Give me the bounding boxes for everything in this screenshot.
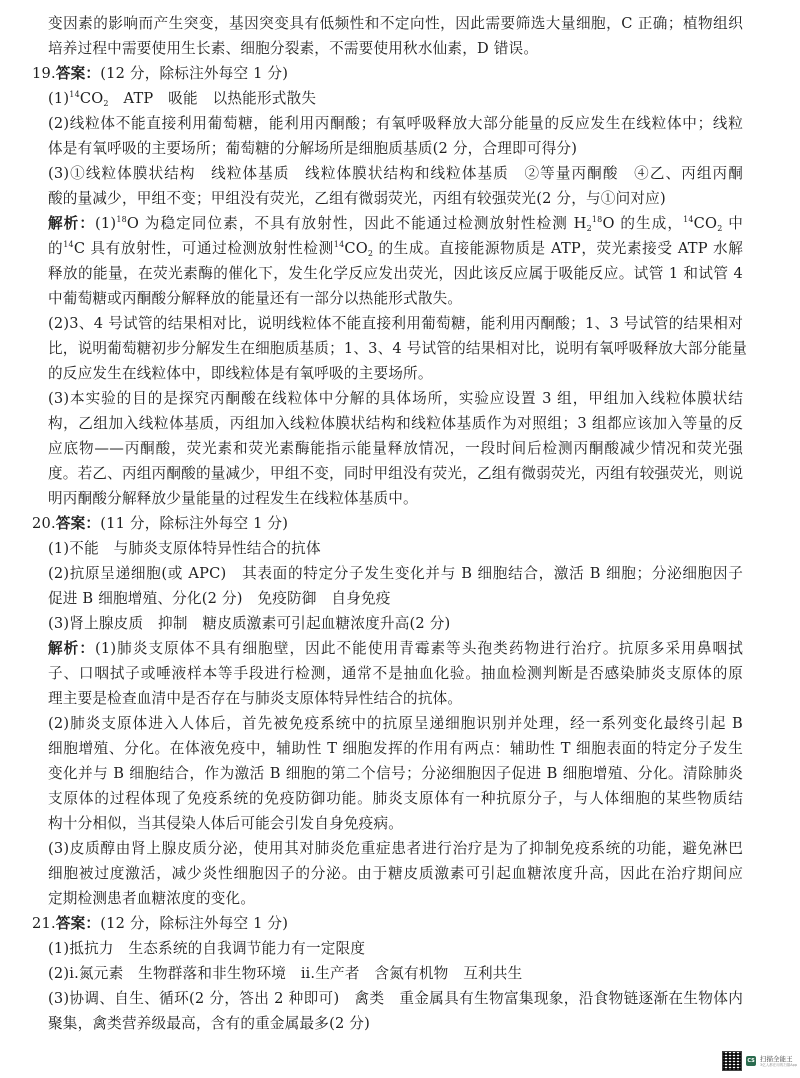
text: 的 <box>48 240 63 257</box>
text: CO <box>694 215 718 232</box>
question-number: 21. <box>32 915 56 932</box>
score-note: (11 分，除标注外每空 1 分) <box>100 515 288 532</box>
superscript: 14 <box>334 240 345 249</box>
text: 的生成。直接能源物质是 ATP，荧光素接受 ATP 水解 <box>373 240 743 257</box>
score-note: (12 分，除标注外每空 1 分) <box>100 65 288 82</box>
analysis-line: 释放的能量，在荧光素酶的催化下，发生化学反应发出荧光，因此该反应属于吸能反应。试… <box>48 264 743 284</box>
qr-code-icon <box>722 1051 742 1071</box>
analysis-label: 解析： <box>48 215 95 232</box>
text: (1) <box>95 215 116 232</box>
superscript: 18 <box>592 215 603 224</box>
answer-line: (2)线粒体不能直接利用葡萄糖，能利用丙酮酸；有氧呼吸释放大部分能量的反应发生在… <box>48 114 743 134</box>
subscript: 2 <box>587 224 592 233</box>
analysis-line: 的反应发生在线粒体中，即线粒体是有氧呼吸的主要场所。 <box>48 364 743 384</box>
text: ATP 吸能 以热能形式散失 <box>109 90 316 107</box>
question-21-header: 21.答案：(12 分，除标注外每空 1 分) <box>32 914 743 934</box>
text: (1)肺炎支原体不具有细胞壁，因此不能使用青霉素等头孢类药物进行治疗。抗原多采用… <box>95 640 743 657</box>
analysis-line: 应底物——丙酮酸，荧光素和荧光素酶能指示能量释放情况，一段时间后检测丙酮酸减少情… <box>48 439 743 459</box>
answer-line: 酸的量减少，甲组不变；甲组没有荧光，乙组有微弱荧光，丙组有较强荧光(2 分，与①… <box>48 189 743 209</box>
analysis-line: (3)皮质醇由肾上腺皮质分泌，使用其对肺炎危重症患者进行治疗是为了抑制免疫系统的… <box>48 839 743 859</box>
answer-line: 体是有氧呼吸的主要场所；葡萄糖的分解场所是细胞质基质(2 分，合理即可得分) <box>48 139 743 159</box>
analysis-line: 中葡萄糖或丙酮酸分解释放的能量还有一部分以热能形式散失。 <box>48 289 743 309</box>
camscanner-logo-icon: CS <box>746 1056 756 1066</box>
question-number: 19. <box>32 65 56 82</box>
answer-page: 变因素的影响而产生突变，基因突变具有低频性和不定向性，因此需要筛选大量细胞，C … <box>0 0 800 1078</box>
analysis-label: 解析： <box>48 640 95 657</box>
text: O 的生成， <box>602 215 683 232</box>
brand-name: 扫描全能王 <box>760 1055 797 1063</box>
analysis-line: 理主要是检查血清中是否存在与肺炎支原体特异性结合的抗体。 <box>48 689 743 709</box>
answer-line: 促进 B 细胞增殖、分化(2 分) 免疫防御 自身免疫 <box>48 589 743 609</box>
analysis-line: 解析：(1)18O 为稳定同位素，不具有放射性，因此不能通过检测放射性检测 H2… <box>48 214 743 234</box>
analysis-line: 子、口咽拭子或唾液样本等手段进行检测，通常不是抽血化验。抽血检测判断是否感染肺炎… <box>48 664 743 684</box>
answer-line: (2)ⅰ.氮元素 生物群落和非生物环境 ⅱ.生产者 含氮有机物 互利共生 <box>48 964 743 984</box>
analysis-line: 度。若乙、丙组丙酮酸的量减少，甲组不变，同时甲组没有荧光，乙组有微弱荧光，丙组有… <box>48 464 743 484</box>
text-line: 变因素的影响而产生突变，基因突变具有低频性和不定向性，因此需要筛选大量细胞，C … <box>48 14 743 34</box>
scanner-watermark: CS 扫描全能王 3亿人都在用的扫描App <box>722 1050 797 1072</box>
question-number: 20. <box>32 515 56 532</box>
text: (1) <box>48 90 69 107</box>
analysis-line: 支原体的过程体现了免疫系统的免疫防御功能。肺炎支原体有一种抗原分子，与人体细胞的… <box>48 789 743 809</box>
answer-line: (1)抵抗力 生态系统的自我调节能力有一定限度 <box>48 939 743 959</box>
text: O 为稳定同位素，不具有放射性，因此不能通过检测放射性检测 H <box>127 215 587 232</box>
answer-line: (1)14CO2 ATP 吸能 以热能形式散失 <box>48 89 743 109</box>
answer-line: (3)①线粒体膜状结构 线粒体基质 线粒体膜状结构和线粒体基质 ②等量丙酮酸 ④… <box>48 164 743 184</box>
superscript: 18 <box>116 215 127 224</box>
answer-line: 聚集，禽类营养级最高，含有的重金属最多(2 分) <box>48 1014 743 1034</box>
brand: 扫描全能王 3亿人都在用的扫描App <box>760 1055 797 1068</box>
brand-tagline: 3亿人都在用的扫描App <box>760 1063 797 1068</box>
analysis-line: 的14C 具有放射性，可通过检测放射性检测14CO2 的生成。直接能源物质是 A… <box>48 239 743 259</box>
text: CO <box>80 90 104 107</box>
answer-label: 答案： <box>56 515 100 532</box>
score-note: (12 分，除标注外每空 1 分) <box>100 915 288 932</box>
text-line: 培养过程中需要使用生长素、细胞分裂素，不需要使用秋水仙素，D 错误。 <box>48 39 743 59</box>
text: CO <box>344 240 368 257</box>
analysis-line: (3)本实验的目的是探究丙酮酸在线粒体中分解的具体场所，实验应设置 3 组，甲组… <box>48 389 743 409</box>
analysis-line: 变化并与 B 细胞结合，作为激活 B 细胞的第二个信号；分泌细胞因子促进 B 细… <box>48 764 743 784</box>
analysis-line: 构，乙组加入线粒体基质，丙组加入线粒体膜状结构和线粒体基质作为对照组；3 组都应… <box>48 414 743 434</box>
answer-line: (2)抗原呈递细胞(或 APC) 其表面的特定分子发生变化并与 B 细胞结合，激… <box>48 564 743 584</box>
answer-line: (1)不能 与肺炎支原体特异性结合的抗体 <box>48 539 743 559</box>
question-19-header: 19.答案：(12 分，除标注外每空 1 分) <box>32 64 743 84</box>
answer-label: 答案： <box>56 65 100 82</box>
analysis-line: (2)3、4 号试管的结果相对比，说明线粒体不能直接利用葡萄糖，能利用丙酮酸；1… <box>48 314 743 334</box>
analysis-line: 细胞被过度激活，减少炎性细胞因子的分泌。由于糖皮质激素可引起血糖浓度升高，因此在… <box>48 864 743 884</box>
question-20-header: 20.答案：(11 分，除标注外每空 1 分) <box>32 514 743 534</box>
text: C 具有放射性，可通过检测放射性检测 <box>74 240 334 257</box>
superscript: 14 <box>683 215 694 224</box>
analysis-line: 构十分相似，当其侵染人体后可能会引发自身免疫病。 <box>48 814 743 834</box>
text: 中 <box>722 215 743 232</box>
superscript: 14 <box>63 240 74 249</box>
analysis-line: 解析：(1)肺炎支原体不具有细胞壁，因此不能使用青霉素等头孢类药物进行治疗。抗原… <box>48 639 743 659</box>
analysis-line: 细胞增殖、分化。在体液免疫中，辅助性 T 细胞发挥的作用有两点：辅助性 T 细胞… <box>48 739 743 759</box>
answer-line: (3)肾上腺皮质 抑制 糖皮质激素可引起血糖浓度升高(2 分) <box>48 614 743 634</box>
analysis-line: 比，说明葡萄糖初步分解发生在细胞质基质；1、3、4 号试管的结果相对比，说明有氧… <box>48 339 743 359</box>
answer-label: 答案： <box>56 915 100 932</box>
analysis-line: 明丙酮酸分解释放少量能量的过程发生在线粒体基质中。 <box>48 489 743 509</box>
superscript: 14 <box>69 90 80 99</box>
answer-line: (3)协调、自生、循环(2 分，答出 2 种即可) 禽类 重金属具有生物富集现象… <box>48 989 743 1009</box>
analysis-line: 定期检测患者血糖浓度的变化。 <box>48 889 743 909</box>
analysis-line: (2)肺炎支原体进入人体后，首先被免疫系统中的抗原呈递细胞识别并处理，经一系列变… <box>48 714 743 734</box>
